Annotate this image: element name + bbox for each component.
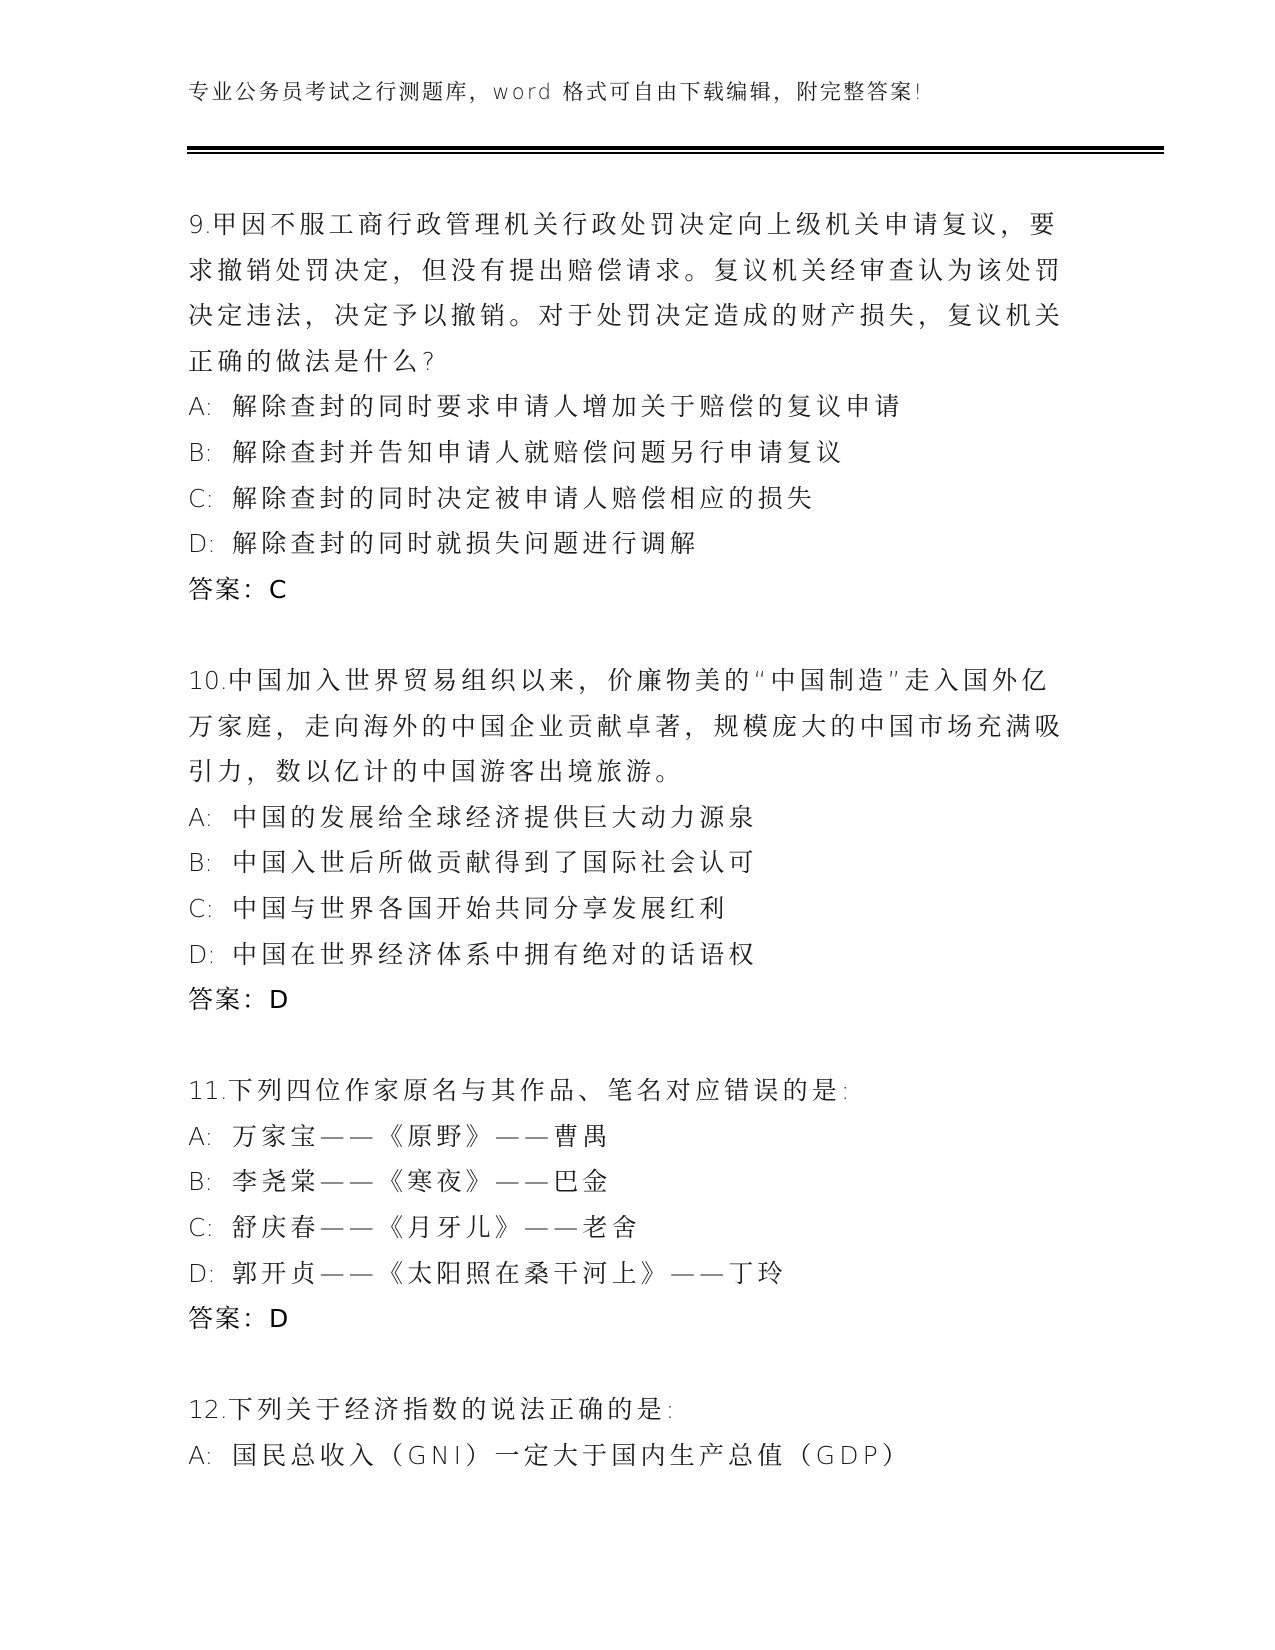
question-number: 11. (188, 1076, 228, 1105)
option-text: 万家宝——《原野》——曹禺 (232, 1122, 612, 1151)
answer-line: 答案：D (188, 977, 1088, 1023)
document-page: 专业公务员考试之行测题库，word 格式可自由下载编辑，附完整答案! 9.甲因不… (0, 0, 1275, 1650)
question-10: 10.中国加入世界贸易组织以来，价廉物美的“中国制造”走入国外亿 万家庭，走向海… (188, 658, 1088, 1023)
option-c: C:解除查封的同时决定被申请人赔偿相应的损失 (188, 476, 1088, 522)
option-text: 国民总收入（GNI）一定大于国内生产总值（GDP） (232, 1441, 911, 1470)
option-text: 解除查封的同时要求申请人增加关于赔偿的复议申请 (232, 392, 904, 421)
question-stem-line: 10.中国加入世界贸易组织以来，价廉物美的“中国制造”走入国外亿 (188, 658, 1088, 704)
option-text: 解除查封的同时决定被申请人赔偿相应的损失 (232, 484, 816, 513)
question-12: 12.下列关于经济指数的说法正确的是: A:国民总收入（GNI）一定大于国内生产… (188, 1387, 1088, 1478)
option-letter: A: (188, 1433, 232, 1479)
option-letter: C: (188, 1205, 232, 1251)
option-letter: A: (188, 384, 232, 430)
option-d: D:解除查封的同时就损失问题进行调解 (188, 521, 1088, 567)
question-number: 10. (188, 666, 228, 695)
question-stem-line: 引力，数以亿计的中国游客出境旅游。 (188, 749, 1088, 795)
option-letter: B: (188, 840, 232, 886)
option-text: 中国入世后所做贡献得到了国际社会认可 (232, 848, 758, 877)
option-b: B:中国入世后所做贡献得到了国际社会认可 (188, 840, 1088, 886)
question-9: 9.甲因不服工商行政管理机关行政处罚决定向上级机关申请复议，要 求撤销处罚决定，… (188, 202, 1088, 612)
question-stem-line: 12.下列关于经济指数的说法正确的是: (188, 1387, 1088, 1433)
option-letter: A: (188, 1114, 232, 1160)
option-text: 中国的发展给全球经济提供巨大动力源泉 (232, 803, 758, 832)
question-stem-line: 求撤销处罚决定，但没有提出赔偿请求。复议机关经审查认为该处罚 (188, 248, 1088, 294)
option-text: 舒庆春——《月牙儿》——老舍 (232, 1213, 641, 1242)
option-a: A:中国的发展给全球经济提供巨大动力源泉 (188, 795, 1088, 841)
stem-text: 中国加入世界贸易组织以来，价廉物美的“中国制造”走入国外亿 (228, 666, 1051, 695)
option-c: C:中国与世界各国开始共同分享发展红利 (188, 886, 1088, 932)
option-d: D:郭开贞——《太阳照在桑干河上》——丁玲 (188, 1251, 1088, 1297)
option-a: A:万家宝——《原野》——曹禺 (188, 1114, 1088, 1160)
option-c: C:舒庆春——《月牙儿》——老舍 (188, 1205, 1088, 1251)
option-letter: A: (188, 795, 232, 841)
question-list: 9.甲因不服工商行政管理机关行政处罚决定向上级机关申请复议，要 求撤销处罚决定，… (188, 202, 1088, 1524)
option-text: 李尧棠——《寒夜》——巴金 (232, 1167, 612, 1196)
header-rule-thick (187, 146, 1164, 150)
option-b: B:李尧棠——《寒夜》——巴金 (188, 1159, 1088, 1205)
stem-text: 下列四位作家原名与其作品、笔名对应错误的是: (228, 1076, 854, 1105)
answer-line: 答案：D (188, 1296, 1088, 1342)
option-b: B:解除查封并告知申请人就赔偿问题另行申请复议 (188, 430, 1088, 476)
page-header-title: 专业公务员考试之行测题库，word 格式可自由下载编辑，附完整答案! (188, 76, 924, 106)
question-number: 12. (188, 1395, 228, 1424)
question-stem-line: 决定违法，决定予以撤销。对于处罚决定造成的财产损失，复议机关 (188, 293, 1088, 339)
question-number: 9. (188, 210, 212, 239)
option-text: 郭开贞——《太阳照在桑干河上》——丁玲 (232, 1259, 787, 1288)
question-stem-line: 万家庭，走向海外的中国企业贡献卓著，规模庞大的中国市场充满吸 (188, 704, 1088, 750)
question-11: 11.下列四位作家原名与其作品、笔名对应错误的是: A:万家宝——《原野》——曹… (188, 1068, 1088, 1342)
question-stem-line: 11.下列四位作家原名与其作品、笔名对应错误的是: (188, 1068, 1088, 1114)
question-stem-line: 正确的做法是什么? (188, 339, 1088, 385)
option-letter: C: (188, 886, 232, 932)
option-letter: D: (188, 1251, 232, 1297)
option-d: D:中国在世界经济体系中拥有绝对的话语权 (188, 932, 1088, 978)
option-letter: D: (188, 521, 232, 567)
option-text: 中国在世界经济体系中拥有绝对的话语权 (232, 940, 758, 969)
question-stem-line: 9.甲因不服工商行政管理机关行政处罚决定向上级机关申请复议，要 (188, 202, 1088, 248)
option-letter: D: (188, 932, 232, 978)
option-text: 解除查封的同时就损失问题进行调解 (232, 529, 699, 558)
answer-line: 答案：C (188, 567, 1088, 613)
option-text: 解除查封并告知申请人就赔偿问题另行申请复议 (232, 438, 845, 467)
option-a: A:国民总收入（GNI）一定大于国内生产总值（GDP） (188, 1433, 1088, 1479)
stem-text: 甲因不服工商行政管理机关行政处罚决定向上级机关申请复议，要 (212, 210, 1059, 239)
header-rule-thin (187, 152, 1164, 154)
stem-text: 下列关于经济指数的说法正确的是: (228, 1395, 679, 1424)
option-letter: C: (188, 476, 232, 522)
option-a: A:解除查封的同时要求申请人增加关于赔偿的复议申请 (188, 384, 1088, 430)
option-letter: B: (188, 430, 232, 476)
option-letter: B: (188, 1159, 232, 1205)
option-text: 中国与世界各国开始共同分享发展红利 (232, 894, 728, 923)
